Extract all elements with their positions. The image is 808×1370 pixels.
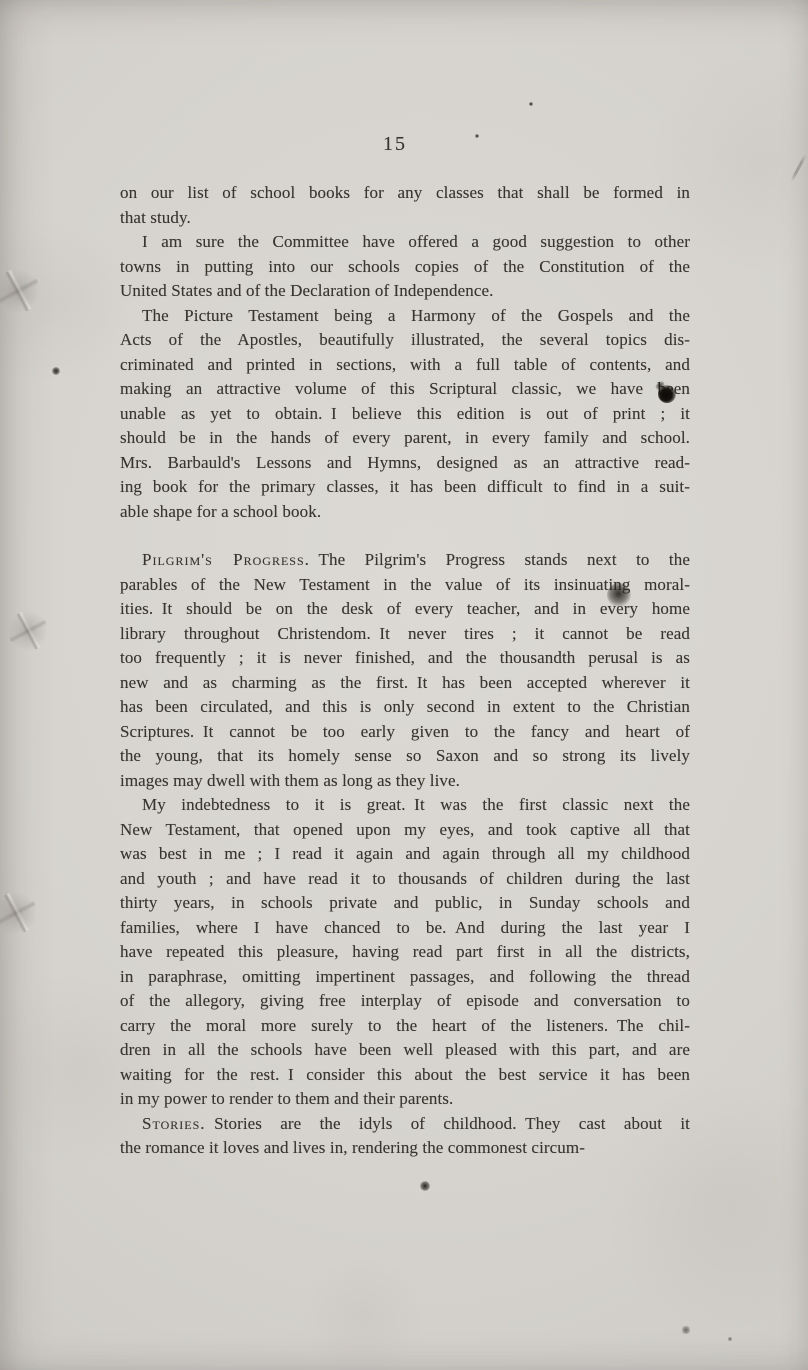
- paper-speck: [52, 367, 60, 375]
- text-line: of the allegory, giving free interplay o…: [120, 989, 690, 1014]
- text-line: the young, that its homely sense so Saxo…: [120, 744, 690, 769]
- text-line: too frequently ; it is never finished, a…: [120, 646, 690, 671]
- text-line: My indebtedness to it is great. It was t…: [120, 793, 690, 818]
- text-line: United States and of the Declaration of …: [120, 279, 690, 304]
- text-line: has been circulated, and this is only se…: [120, 695, 690, 720]
- page-text: on our list of school books for any clas…: [120, 181, 690, 1161]
- text-line: new and as charming as the first. It has…: [120, 671, 690, 696]
- text-line: dren in all the schools have been well p…: [120, 1038, 690, 1063]
- paragraph: I am sure the Committee have offered a g…: [120, 230, 690, 304]
- text-line: Scriptures. It cannot be too early given…: [120, 720, 690, 745]
- text-line: families, where I have chanced to be. An…: [120, 916, 690, 941]
- scanned-book-page: 15 on our list of school books for any c…: [0, 0, 808, 1370]
- paragraph: on our list of school books for any clas…: [120, 181, 690, 230]
- text-line: ities. It should be on the desk of every…: [120, 597, 690, 622]
- text-line: The Picture Testament being a Harmony of…: [120, 304, 690, 329]
- text-line: have repeated this pleasure, having read…: [120, 940, 690, 965]
- paragraph: My indebtedness to it is great. It was t…: [120, 793, 690, 1112]
- text-line: and youth ; and have read it to thousand…: [120, 867, 690, 892]
- paragraph: Pilgrim's Progress. The Pilgrim's Progre…: [120, 548, 690, 793]
- text-line: able shape for a school book.: [120, 500, 690, 525]
- text-line: Stories. Stories are the idyls of childh…: [120, 1112, 690, 1137]
- text-line: I am sure the Committee have offered a g…: [120, 230, 690, 255]
- paper-crease: [0, 269, 40, 313]
- text-line: the romance it loves and lives in, rende…: [120, 1136, 690, 1161]
- text-line: should be in the hands of every parent, …: [120, 426, 690, 451]
- text-line: thirty years, in schools private and pub…: [120, 891, 690, 916]
- paper-scratch: [790, 154, 807, 182]
- text-line: library throughout Christendom. It never…: [120, 622, 690, 647]
- text-line: that study.: [120, 206, 690, 231]
- paper-speck: [529, 102, 533, 106]
- text-line: parables of the New Testament in the val…: [120, 573, 690, 598]
- text-line: ing book for the primary classes, it has…: [120, 475, 690, 500]
- page-number: 15: [355, 133, 435, 156]
- paper-speck: [420, 1181, 430, 1191]
- paper-speck: [728, 1337, 732, 1341]
- paper-crease: [8, 611, 48, 651]
- text-line: unable as yet to obtain. I believe this …: [120, 402, 690, 427]
- text-line: Pilgrim's Progress. The Pilgrim's Progre…: [120, 548, 690, 573]
- text-line: towns in putting into our schools copies…: [120, 255, 690, 280]
- section-heading: Pilgrim's Progress.: [142, 550, 310, 569]
- text-line: waiting for the rest. I consider this ab…: [120, 1063, 690, 1088]
- paper-speck: [682, 1326, 690, 1334]
- text-line: on our list of school books for any clas…: [120, 181, 690, 206]
- text-line: in my power to render to them and their …: [120, 1087, 690, 1112]
- text-line: Acts of the Apostles, beautifully illust…: [120, 328, 690, 353]
- text-line: making an attractive volume of this Scri…: [120, 377, 690, 402]
- text-line: carry the moral more surely to the heart…: [120, 1014, 690, 1039]
- text-line: criminated and printed in sections, with…: [120, 353, 690, 378]
- text-line: in paraphrase, omitting impertinent pass…: [120, 965, 690, 990]
- text-line: images may dwell with them as long as th…: [120, 769, 690, 794]
- paragraph: The Picture Testament being a Harmony of…: [120, 304, 690, 525]
- paper-speck: [475, 134, 479, 138]
- section-heading: Stories.: [142, 1114, 206, 1133]
- paragraph: Stories. Stories are the idyls of childh…: [120, 1112, 690, 1161]
- text-line: New Testament, that opened upon my eyes,…: [120, 818, 690, 843]
- text-line: was best in me ; I read it again and aga…: [120, 842, 690, 867]
- paper-crease: [0, 892, 37, 934]
- text-line: Mrs. Barbauld's Lessons and Hymns, desig…: [120, 451, 690, 476]
